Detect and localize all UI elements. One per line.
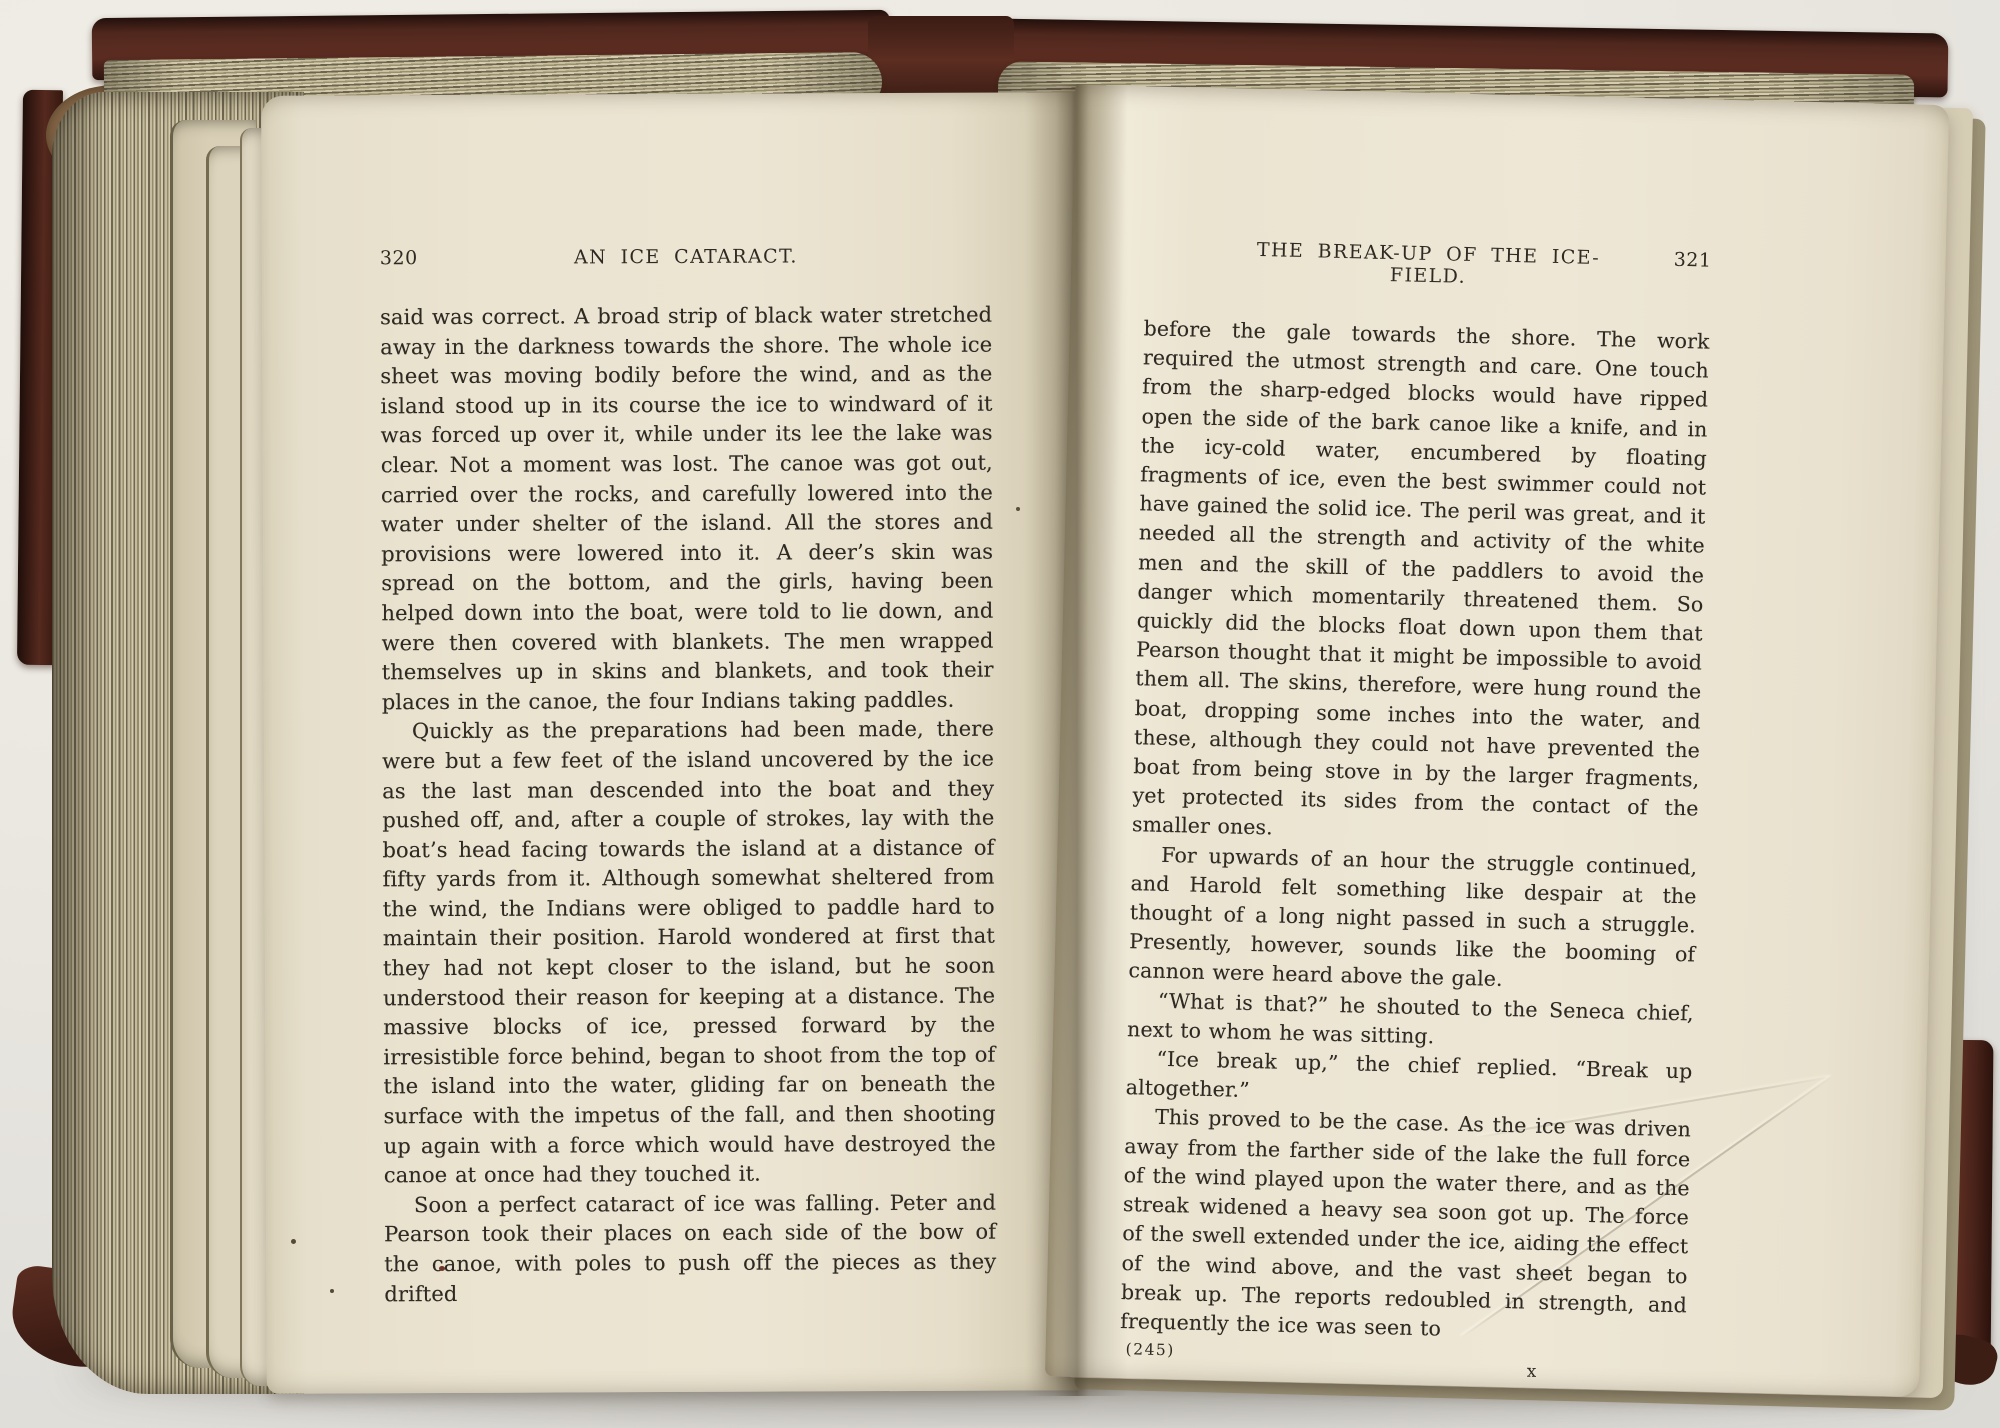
gathering-mark: x [1527,1362,1537,1382]
right-page: THE BREAK-UP OF THE ICE-FIELD. 321 befor… [1045,85,1949,1397]
right-page-body: before the gale towards the shore. The w… [1120,314,1710,1349]
header-spacer [1145,253,1229,255]
left-page-text-block: 320 AN ICE CATARACT. said was correct. A… [380,245,997,1310]
left-running-header: 320 AN ICE CATARACT. [380,245,992,270]
running-head: THE BREAK-UP OF THE ICE-FIELD. [1229,238,1628,291]
paper-speck [439,1266,445,1271]
paragraph: For upwards of an hour the struggle cont… [1128,840,1697,999]
left-page-body: said was correct. A broad strip of black… [380,301,996,1310]
running-head: AN ICE CATARACT. [464,245,908,269]
open-book-photo: 320 AN ICE CATARACT. said was correct. A… [0,0,2000,1428]
paragraph: Quickly as the preparations had been mad… [382,715,996,1191]
page-number: 321 [1627,248,1711,272]
page-number: 320 [380,247,464,269]
paragraph: Soon a perfect cataract of ice was falli… [384,1188,997,1309]
paper-speck [330,1289,334,1293]
paper-speck [291,1239,296,1244]
plate-signature: (245) [1125,1340,1175,1359]
paragraph: before the gale towards the shore. The w… [1132,314,1710,853]
right-running-header: THE BREAK-UP OF THE ICE-FIELD. 321 [1145,236,1712,293]
paper-speck [1016,507,1020,511]
right-page-text-block: THE BREAK-UP OF THE ICE-FIELD. 321 befor… [1119,236,1712,1393]
paragraph: This proved to be the case. As the ice w… [1120,1103,1691,1350]
paragraph: said was correct. A broad strip of black… [380,301,994,718]
left-page: 320 AN ICE CATARACT. said was correct. A… [261,92,1085,1394]
